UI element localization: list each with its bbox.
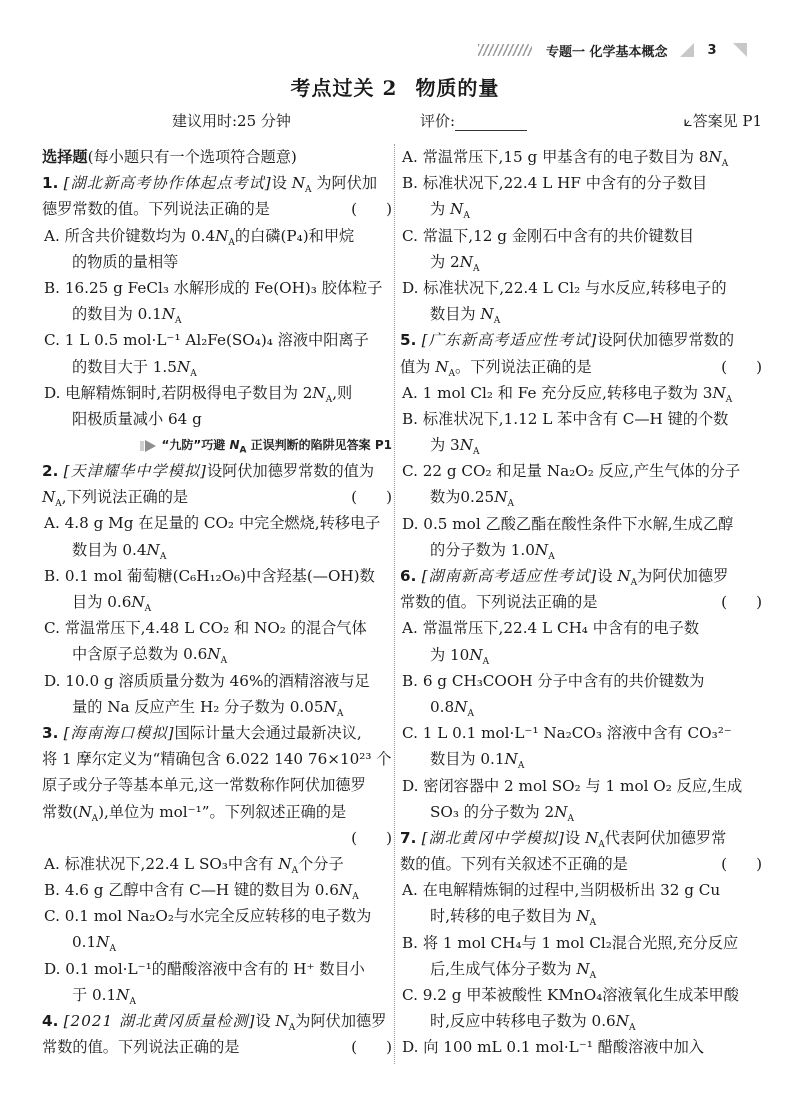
- page-title: 考点过关 2物质的量: [0, 72, 790, 101]
- option-item-continued: 0.1NA: [42, 929, 392, 955]
- answer-reference: ⟀答案见 P1: [684, 110, 762, 131]
- option-text: D. 0.1 mol·L⁻¹的醋酸溶液中含有的 H⁺ 数目小: [44, 960, 365, 978]
- option-item-continued: 目为 0.6NA: [42, 589, 392, 615]
- option-text: 数目为 NA: [430, 305, 500, 323]
- question-source: [海南海口模拟]: [64, 724, 175, 742]
- option-text: 的数目大于 1.5NA: [72, 358, 197, 376]
- question-text: 设 NA为阿伏加德罗: [597, 567, 728, 585]
- option-text: 为 NA: [430, 200, 470, 218]
- option-item: B. 6 g CH₃COOH 分子中含有的共价键数为: [400, 668, 762, 694]
- question-text: 设 NA为阿伏加德罗: [255, 1012, 386, 1030]
- option-text: 的物质的量相等: [72, 253, 178, 271]
- meta-row: 建议用时:25 分钟 评价: ⟀答案见 P1: [0, 110, 790, 134]
- option-item: C. 1 L 0.1 mol·L⁻¹ Na₂CO₃ 溶液中含有 CO₃²⁻: [400, 720, 762, 746]
- question-number: 1.: [42, 174, 64, 192]
- option-text: 数为0.25NA: [430, 488, 514, 506]
- column-divider: [394, 144, 395, 1064]
- option-item: C. 常温常压下,4.48 L CO₂ 和 NO₂ 的混合气体: [42, 615, 392, 641]
- option-text: B. 4.6 g 乙醇中含有 C—H 键的数目为 0.6NA: [44, 881, 359, 899]
- question-source: [广东新高考适应性考试]: [422, 331, 598, 349]
- question-stem: 6. [湖南新高考适应性考试]设 NA为阿伏加德罗: [400, 563, 762, 589]
- option-item: C. 0.1 mol Na₂O₂与水完全反应转移的电子数为: [42, 903, 392, 929]
- option-item-continued: 为 2NA: [400, 249, 762, 275]
- option-item-continued: 的分子数为 1.0NA: [400, 537, 762, 563]
- option-item: D. 标准状况下,22.4 L Cl₂ 与水反应,转移电子的: [400, 275, 762, 301]
- option-item-continued: 于 0.1NA: [42, 982, 392, 1008]
- answer-blank[interactable]: ( ): [721, 589, 762, 615]
- option-text: 阳极质量减小 64 g: [72, 410, 202, 428]
- option-item: C. 常温下,12 g 金刚石中含有的共价键数目: [400, 223, 762, 249]
- option-text: C. 0.1 mol Na₂O₂与水完全反应转移的电子数为: [44, 907, 371, 925]
- option-item: A. 常温常压下,15 g 甲基含有的电子数目为 8NA: [400, 144, 762, 170]
- evaluation-field: 评价:: [420, 110, 527, 131]
- question-stem-continued: 将 1 摩尔定义为“精确包含 6.022 140 76×10²³ 个: [42, 746, 392, 772]
- option-text: D. 0.5 mol 乙酸乙酯在酸性条件下水解,生成乙醇: [402, 515, 733, 533]
- question-stem: 5. [广东新高考适应性考试]设阿伏加德罗常数的: [400, 327, 762, 353]
- play-arrow-icon: [145, 440, 156, 452]
- option-item-continued: 时,反应中转移电子数为 0.6NA: [400, 1008, 762, 1034]
- question-stem: 3. [海南海口模拟]国际计量大会通过最新决议,: [42, 720, 392, 746]
- option-text: 中含原子总数为 0.6NA: [72, 645, 227, 663]
- question-text: 国际计量大会通过最新决议,: [175, 724, 362, 742]
- option-text: D. 密闭容器中 2 mol SO₂ 与 1 mol O₂ 反应,生成: [402, 777, 742, 795]
- option-text: 的分子数为 1.0NA: [430, 541, 555, 559]
- option-text: 量的 Na 反应产生 H₂ 分子数为 0.05NA: [72, 698, 343, 716]
- option-text: 数目为 0.4NA: [72, 541, 166, 559]
- question-text: 德罗常数的值。下列说法正确的是: [42, 200, 270, 218]
- option-item: D. 0.5 mol 乙酸乙酯在酸性条件下水解,生成乙醇: [400, 511, 762, 537]
- option-text: B. 16.25 g FeCl₃ 水解形成的 Fe(OH)₃ 胶体粒子: [44, 279, 382, 297]
- question-number: 3.: [42, 724, 64, 742]
- option-text: D. 标准状况下,22.4 L Cl₂ 与水反应,转移电子的: [402, 279, 727, 297]
- question-stem-continued: 常数(NA),单位为 mol⁻¹”。下列叙述正确的是: [42, 799, 392, 825]
- answer-blank[interactable]: ( ): [351, 484, 392, 510]
- option-item: B. 4.6 g 乙醇中含有 C—H 键的数目为 0.6NA: [42, 877, 392, 903]
- chapter-title: 专题一 化学基本概念: [546, 41, 668, 60]
- question-number: 5.: [400, 331, 422, 349]
- left-column: 选择题(每小题只有一个选项符合题意) 1. [湖北新高考协作体起点考试]设 NA…: [42, 144, 392, 1060]
- question-text: NA,下列说法正确的是: [42, 488, 188, 506]
- option-item: D. 10.0 g 溶质质量分数为 46%的酒精溶液与足: [42, 668, 392, 694]
- question-text: 值为 NA。下列说法正确的是: [400, 358, 592, 376]
- corner-decoration-icon: [733, 43, 747, 57]
- title-part-1: 考点过关 2: [291, 76, 398, 100]
- running-head: 专题一 化学基本概念 3: [478, 40, 768, 60]
- question-text: 原子或分子等基本单元,这一常数称作阿伏加德罗: [42, 776, 366, 794]
- option-item-continued: 为 NA: [400, 196, 762, 222]
- option-text: 的数目为 0.1NA: [72, 305, 182, 323]
- option-item: B. 标准状况下,1.12 L 苯中含有 C—H 键的个数: [400, 406, 762, 432]
- answer-blank[interactable]: ( ): [351, 825, 392, 851]
- option-item: A. 标准状况下,22.4 L SO₃中含有 NA个分子: [42, 851, 392, 877]
- option-item-continued: 的数目为 0.1NA: [42, 301, 392, 327]
- option-text: 时,转移的电子数目为 NA: [430, 907, 596, 925]
- hint-text: “九防”巧避 NA 正误判断的陷阱见答案 P1: [162, 438, 392, 452]
- hint-bar-icon: [140, 441, 144, 451]
- option-item-continued: 中含原子总数为 0.6NA: [42, 641, 392, 667]
- option-text: C. 常温下,12 g 金刚石中含有的共价键数目: [402, 227, 694, 245]
- question-stem-continued: 德罗常数的值。下列说法正确的是( ): [42, 196, 392, 222]
- option-text: 目为 0.6NA: [72, 593, 151, 611]
- option-text: C. 9.2 g 甲苯被酸性 KMnO₄溶液氧化生成苯甲酸: [402, 986, 739, 1004]
- question-stem-continued: 值为 NA。下列说法正确的是( ): [400, 354, 762, 380]
- option-item: D. 密闭容器中 2 mol SO₂ 与 1 mol O₂ 反应,生成: [400, 773, 762, 799]
- option-text: A. 在电解精炼铜的过程中,当阴极析出 32 g Cu: [402, 881, 720, 899]
- option-text: C. 常温常压下,4.48 L CO₂ 和 NO₂ 的混合气体: [44, 619, 367, 637]
- option-item-continued: 量的 Na 反应产生 H₂ 分子数为 0.05NA: [42, 694, 392, 720]
- option-item: B. 0.1 mol 葡萄糖(C₆H₁₂O₆)中含羟基(—OH)数: [42, 563, 392, 589]
- option-item: D. 向 100 mL 0.1 mol·L⁻¹ 醋酸溶液中加入: [400, 1034, 762, 1060]
- option-text: A. 1 mol Cl₂ 和 Fe 充分反应,转移电子数为 3NA: [402, 384, 732, 402]
- hint-line: “九防”巧避 NA 正误判断的陷阱见答案 P1: [42, 432, 392, 458]
- option-text: SO₃ 的分子数为 2NA: [430, 803, 574, 821]
- option-text: 时,反应中转移电子数为 0.6NA: [430, 1012, 635, 1030]
- option-text: A. 常温常压下,22.4 L CH₄ 中含有的电子数: [402, 619, 699, 637]
- section-heading-note: (每小题只有一个选项符合题意): [88, 148, 297, 166]
- option-text: D. 10.0 g 溶质质量分数为 46%的酒精溶液与足: [44, 672, 370, 690]
- section-heading-bold: 选择题: [42, 148, 88, 166]
- question-source: [湖北新高考协作体起点考试]: [64, 174, 272, 192]
- option-text: 为 2NA: [430, 253, 479, 271]
- question-text: 设阿伏加德罗常数的: [597, 331, 734, 349]
- option-item: D. 电解精炼铜时,若阴极得电子数目为 2NA,则: [42, 380, 392, 406]
- option-item: A. 在电解精炼铜的过程中,当阴极析出 32 g Cu: [400, 877, 762, 903]
- option-item: A. 1 mol Cl₂ 和 Fe 充分反应,转移电子数为 3NA: [400, 380, 762, 406]
- option-text: B. 0.1 mol 葡萄糖(C₆H₁₂O₆)中含羟基(—OH)数: [44, 567, 375, 585]
- option-item-continued: 数目为 0.1NA: [400, 746, 762, 772]
- option-text: B. 标准状况下,1.12 L 苯中含有 C—H 键的个数: [402, 410, 728, 428]
- question-text: 设 NA 为阿伏加: [272, 174, 377, 192]
- option-text: 后,生成气体分子数为 NA: [430, 960, 596, 978]
- question-text: 将 1 摩尔定义为“精确包含 6.022 140 76×10²³ 个: [42, 750, 391, 768]
- question-stem-continued: 常数的值。下列说法正确的是( ): [400, 589, 762, 615]
- option-item-continued: 数目为 0.4NA: [42, 537, 392, 563]
- option-text: 0.1NA: [72, 933, 116, 951]
- question-stem: 2. [天津耀华中学模拟]设阿伏加德罗常数的值为: [42, 458, 392, 484]
- question-text: 数的值。下列有关叙述不正确的是: [400, 855, 628, 873]
- option-item: A. 4.8 g Mg 在足量的 CO₂ 中完全燃烧,转移电子: [42, 510, 392, 536]
- option-item: C. 9.2 g 甲苯被酸性 KMnO₄溶液氧化生成苯甲酸: [400, 982, 762, 1008]
- option-item-continued: 的物质的量相等: [42, 249, 392, 275]
- option-text: D. 电解精炼铜时,若阴极得电子数目为 2NA,则: [44, 384, 352, 402]
- option-text: A. 4.8 g Mg 在足量的 CO₂ 中完全燃烧,转移电子: [44, 514, 380, 532]
- option-item: D. 0.1 mol·L⁻¹的醋酸溶液中含有的 H⁺ 数目小: [42, 956, 392, 982]
- page-number: 3: [708, 43, 717, 58]
- question-text: 常数的值。下列说法正确的是: [42, 1038, 239, 1056]
- option-text: B. 将 1 mol CH₄与 1 mol Cl₂混合光照,充分反应: [402, 934, 738, 952]
- option-item-continued: 数目为 NA: [400, 301, 762, 327]
- option-text: B. 6 g CH₃COOH 分子中含有的共价键数为: [402, 672, 704, 690]
- option-item-continued: 为 3NA: [400, 432, 762, 458]
- answer-blank[interactable]: ( ): [351, 1034, 392, 1060]
- option-item: B. 16.25 g FeCl₃ 水解形成的 Fe(OH)₃ 胶体粒子: [42, 275, 392, 301]
- question-stem: 1. [湖北新高考协作体起点考试]设 NA 为阿伏加: [42, 170, 392, 196]
- option-text: C. 1 L 0.1 mol·L⁻¹ Na₂CO₃ 溶液中含有 CO₃²⁻: [402, 724, 732, 742]
- question-number: 2.: [42, 462, 64, 480]
- option-text: A. 标准状况下,22.4 L SO₃中含有 NA个分子: [44, 855, 344, 873]
- triangle-decoration-icon: [680, 43, 694, 57]
- evaluation-blank: [455, 114, 527, 131]
- question-number: 6.: [400, 567, 422, 585]
- option-item-continued: 的数目大于 1.5NA: [42, 354, 392, 380]
- question-source: [湖北黄冈中学模拟]: [422, 829, 565, 847]
- section-heading: 选择题(每小题只有一个选项符合题意): [42, 144, 392, 170]
- option-item: C. 22 g CO₂ 和足量 Na₂O₂ 反应,产生气体的分子: [400, 458, 762, 484]
- right-column: A. 常温常压下,15 g 甲基含有的电子数目为 8NAB. 标准状况下,22.…: [400, 144, 762, 1061]
- option-item: A. 所含共价键数均为 0.4NA的白磷(P₄)和甲烷: [42, 223, 392, 249]
- answer-blank[interactable]: ( ): [351, 196, 392, 222]
- question-number: 4.: [42, 1012, 64, 1030]
- question-text: 常数的值。下列说法正确的是: [400, 593, 597, 611]
- option-item-continued: 时,转移的电子数目为 NA: [400, 903, 762, 929]
- option-item: B. 标准状况下,22.4 L HF 中含有的分子数目: [400, 170, 762, 196]
- question-stem-continued: 常数的值。下列说法正确的是( ): [42, 1034, 392, 1060]
- option-item-continued: 后,生成气体分子数为 NA: [400, 956, 762, 982]
- option-item-continued: 为 10NA: [400, 642, 762, 668]
- question-stem-continued: NA,下列说法正确的是( ): [42, 484, 392, 510]
- option-text: C. 1 L 0.5 mol·L⁻¹ Al₂Fe(SO₄)₄ 溶液中阳离子: [44, 331, 369, 349]
- option-item: B. 将 1 mol CH₄与 1 mol Cl₂混合光照,充分反应: [400, 930, 762, 956]
- question-stem-continued: 原子或分子等基本单元,这一常数称作阿伏加德罗: [42, 772, 392, 798]
- title-part-2: 物质的量: [415, 76, 499, 100]
- hatch-decoration-icon: [478, 44, 532, 56]
- option-text: 数目为 0.1NA: [430, 750, 524, 768]
- question-text: 设 NA代表阿伏加德罗常: [565, 829, 726, 847]
- question-number: 7.: [400, 829, 422, 847]
- option-item-continued: 数为0.25NA: [400, 484, 762, 510]
- option-text: D. 向 100 mL 0.1 mol·L⁻¹ 醋酸溶液中加入: [402, 1038, 704, 1056]
- question-source: [天津耀华中学模拟]: [64, 462, 207, 480]
- evaluation-label: 评价:: [420, 112, 455, 130]
- option-text: C. 22 g CO₂ 和足量 Na₂O₂ 反应,产生气体的分子: [402, 462, 740, 480]
- option-item-continued: 0.8NA: [400, 694, 762, 720]
- option-item: A. 常温常压下,22.4 L CH₄ 中含有的电子数: [400, 615, 762, 641]
- answer-blank[interactable]: ( ): [721, 354, 762, 380]
- option-item: C. 1 L 0.5 mol·L⁻¹ Al₂Fe(SO₄)₄ 溶液中阳离子: [42, 327, 392, 353]
- question-stem-continued: 数的值。下列有关叙述不正确的是( ): [400, 851, 762, 877]
- question-stem: 7. [湖北黄冈中学模拟]设 NA代表阿伏加德罗常: [400, 825, 762, 851]
- answer-blank-line: ( ): [42, 825, 392, 851]
- question-source: [湖南新高考适应性考试]: [422, 567, 598, 585]
- question-text: 常数(NA),单位为 mol⁻¹”。下列叙述正确的是: [42, 803, 346, 821]
- option-text: 于 0.1NA: [72, 986, 136, 1004]
- option-text: 0.8NA: [430, 698, 474, 716]
- option-text: 为 10NA: [430, 646, 489, 664]
- option-text: A. 常温常压下,15 g 甲基含有的电子数目为 8NA: [402, 148, 728, 166]
- question-text: 设阿伏加德罗常数的值为: [207, 462, 374, 480]
- question-source: [2021 湖北黄冈质量检测]: [64, 1012, 256, 1030]
- option-text: B. 标准状况下,22.4 L HF 中含有的分子数目: [402, 174, 707, 192]
- option-item-continued: SO₃ 的分子数为 2NA: [400, 799, 762, 825]
- question-stem: 4. [2021 湖北黄冈质量检测]设 NA为阿伏加德罗: [42, 1008, 392, 1034]
- answer-blank[interactable]: ( ): [721, 851, 762, 877]
- option-item-continued: 阳极质量减小 64 g: [42, 406, 392, 432]
- suggested-time: 建议用时:25 分钟: [172, 110, 291, 131]
- option-text: A. 所含共价键数均为 0.4NA的白磷(P₄)和甲烷: [44, 227, 354, 245]
- option-text: 为 3NA: [430, 436, 479, 454]
